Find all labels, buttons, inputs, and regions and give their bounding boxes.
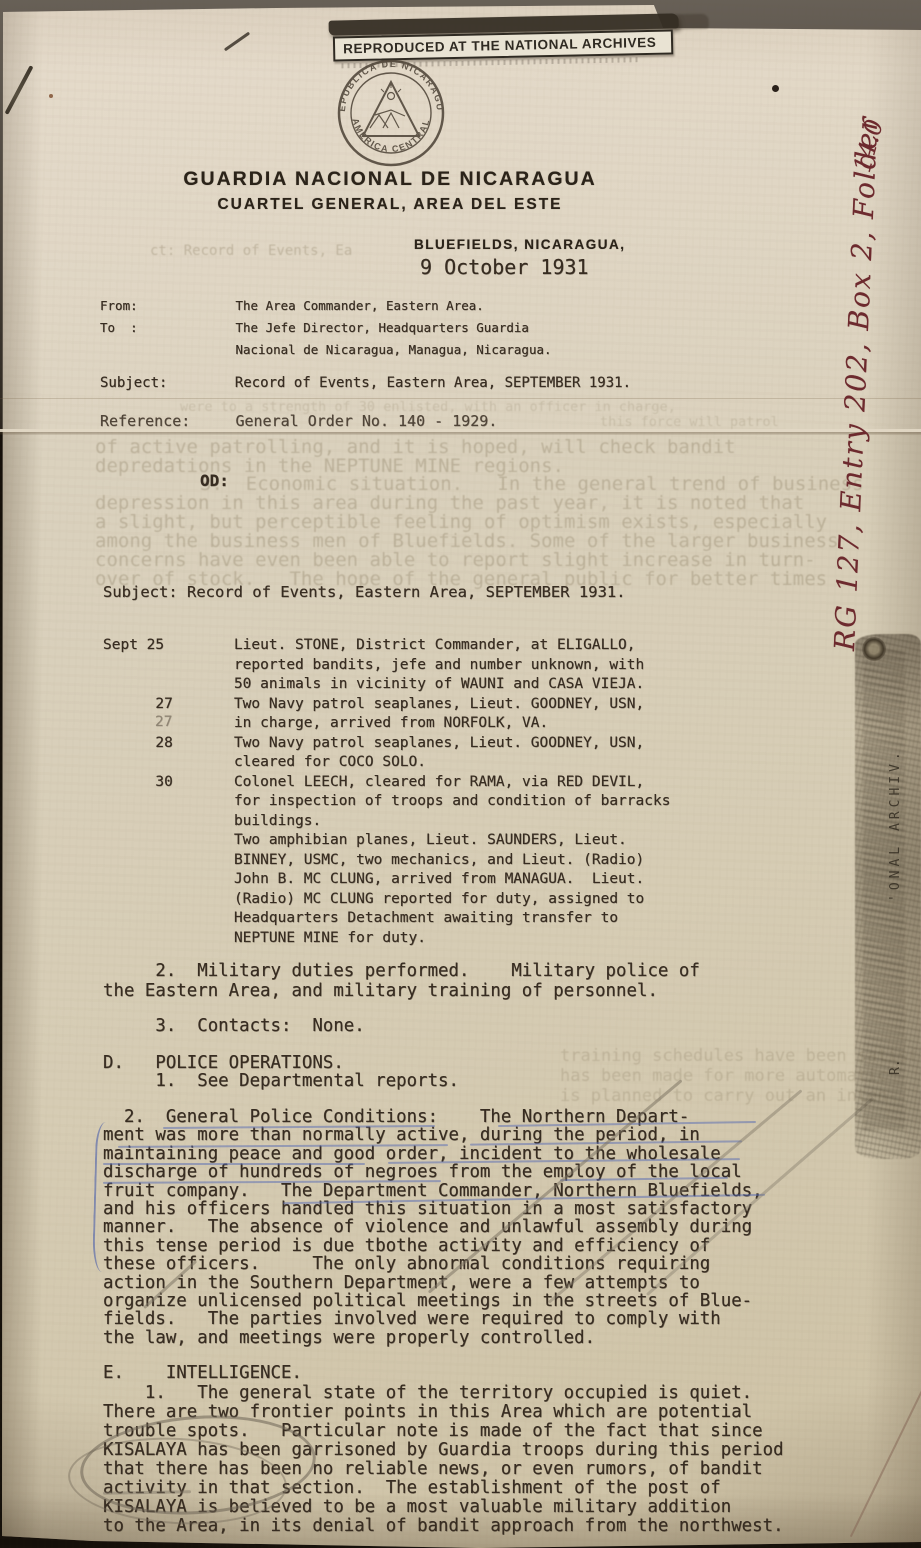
entry-line: Two amphibian planes, Lieut. SAUNDERS, L… bbox=[103, 831, 670, 851]
police-operations-heading: D. POLICE OPERATIONS. bbox=[103, 1053, 344, 1073]
od-fragment: OD: bbox=[200, 471, 229, 490]
bleedthrough-text: this force will patrol bbox=[600, 414, 779, 430]
subject-line-2: Subject: Record of Events, Eastern Area,… bbox=[103, 583, 626, 601]
bleedthrough-text: has been made for more automatic bbox=[560, 1066, 888, 1086]
event-entries: Sept 25 Lieut. STONE, District Commander… bbox=[103, 636, 670, 948]
entry-line: for inspection of troops and condition o… bbox=[103, 792, 670, 812]
strip-stamp-text: 'ONAL ARCHIV. bbox=[888, 642, 903, 902]
entry-line: NEPTUNE MINE for duty. bbox=[103, 929, 670, 949]
bleedthrough-text: ct: Record of Events, Ea bbox=[150, 243, 352, 259]
letterhead-place: BLUEFIELDS, NICARAGUA, bbox=[414, 237, 626, 252]
entry-line: 27 Two Navy patrol seaplanes, Lieut. GOO… bbox=[103, 695, 670, 715]
paragraph-line: organize unlicensed political meetings i… bbox=[103, 1292, 763, 1310]
strip-stamp-text-2: R. bbox=[888, 1035, 903, 1075]
military-duties-line: 2. Military duties performed. Military p… bbox=[103, 961, 700, 981]
rust-speck bbox=[49, 94, 53, 98]
bleedthrough-text: is planned to carry out an inten- bbox=[560, 1086, 898, 1106]
document-photo: REPRODUCED AT THE NATIONAL ARCHIVES REPU… bbox=[0, 0, 921, 1548]
entry-line: BINNEY, USMC, two mechanics, and Lieut. … bbox=[103, 851, 670, 871]
paragraph-line: the law, and meetings were properly cont… bbox=[103, 1329, 763, 1347]
entry-line: buildings. bbox=[103, 812, 670, 832]
document-date: 9 October 1931 bbox=[420, 255, 589, 279]
to-line-2: Nacional de Nicaragua, Managua, Nicaragu… bbox=[100, 342, 552, 357]
entry-line: 50 animals in vicinity of WAUNI and CASA… bbox=[103, 675, 670, 695]
intelligence-heading: E. INTELLIGENCE. bbox=[103, 1363, 302, 1383]
entry-line: 30 Colonel LEECH, cleared for RAMA, via … bbox=[103, 773, 670, 793]
contacts-line: 3. Contacts: None. bbox=[103, 1016, 365, 1036]
hole-punch bbox=[862, 637, 886, 661]
entry-line: (Radio) MC CLUNG reported for duty, assi… bbox=[103, 890, 670, 910]
faded-date-27: 27 bbox=[155, 714, 172, 730]
departmental-reports-line: 1. See Departmental reports. bbox=[103, 1071, 459, 1091]
military-duties-line-2: the Eastern Area, and military training … bbox=[103, 981, 658, 1001]
to-line: To : The Jefe Director, Headquarters Gua… bbox=[100, 320, 529, 335]
entry-line: reported bandits, jefe and number unknow… bbox=[103, 656, 670, 676]
paragraph-line: this tense period is due tbothe activity… bbox=[103, 1237, 763, 1255]
nicaragua-seal: REPUBLICA DE NICARAGUA AMERICA CENTRAL bbox=[330, 52, 452, 174]
letterhead-subtitle: CUARTEL GENERAL, AREA DEL ESTE bbox=[160, 196, 620, 214]
ink-underline bbox=[103, 1163, 365, 1165]
from-line: From: The Area Commander, Eastern Area. bbox=[100, 298, 484, 313]
paragraph-line: manner. The absence of violence and unla… bbox=[103, 1218, 763, 1236]
letterhead-title: GUARDIA NACIONAL DE NICARAGUA bbox=[160, 168, 620, 191]
reference-line-clipped: Reference: General Order No. 140 - 1929. bbox=[100, 412, 497, 432]
paragraph-line: these officers. The only abnormal condit… bbox=[103, 1255, 763, 1273]
margin-bracket bbox=[92, 1122, 116, 1272]
paragraph-line: 1. The general state of the territory oc… bbox=[103, 1384, 784, 1403]
entry-line: 28 Two Navy patrol seaplanes, Lieut. GOO… bbox=[103, 734, 670, 754]
svg-text:REPUBLICA DE NICARAGUA: REPUBLICA DE NICARAGUA bbox=[330, 52, 445, 112]
bleedthrough-text: were to a strength of 30 enlisted, with … bbox=[180, 399, 676, 415]
seal-top-text: REPUBLICA DE NICARAGUA bbox=[330, 52, 445, 112]
entry-line: John B. MC CLUNG, arrived from MANAGUA. … bbox=[103, 870, 670, 890]
entry-line: cleared for COCO SOLO. bbox=[103, 753, 670, 773]
entry-line: Sept 25 Lieut. STONE, District Commander… bbox=[103, 636, 670, 656]
subject-line: Subject: Record of Events, Eastern Area,… bbox=[100, 375, 631, 391]
ink-dot bbox=[772, 85, 779, 92]
entry-line: in charge, arrived from NORFOLK, VA. bbox=[103, 714, 670, 734]
paragraph-line: fields. The parties involved were requir… bbox=[103, 1310, 763, 1328]
entry-line: Headquarters Detachment awaiting transfe… bbox=[103, 909, 670, 929]
